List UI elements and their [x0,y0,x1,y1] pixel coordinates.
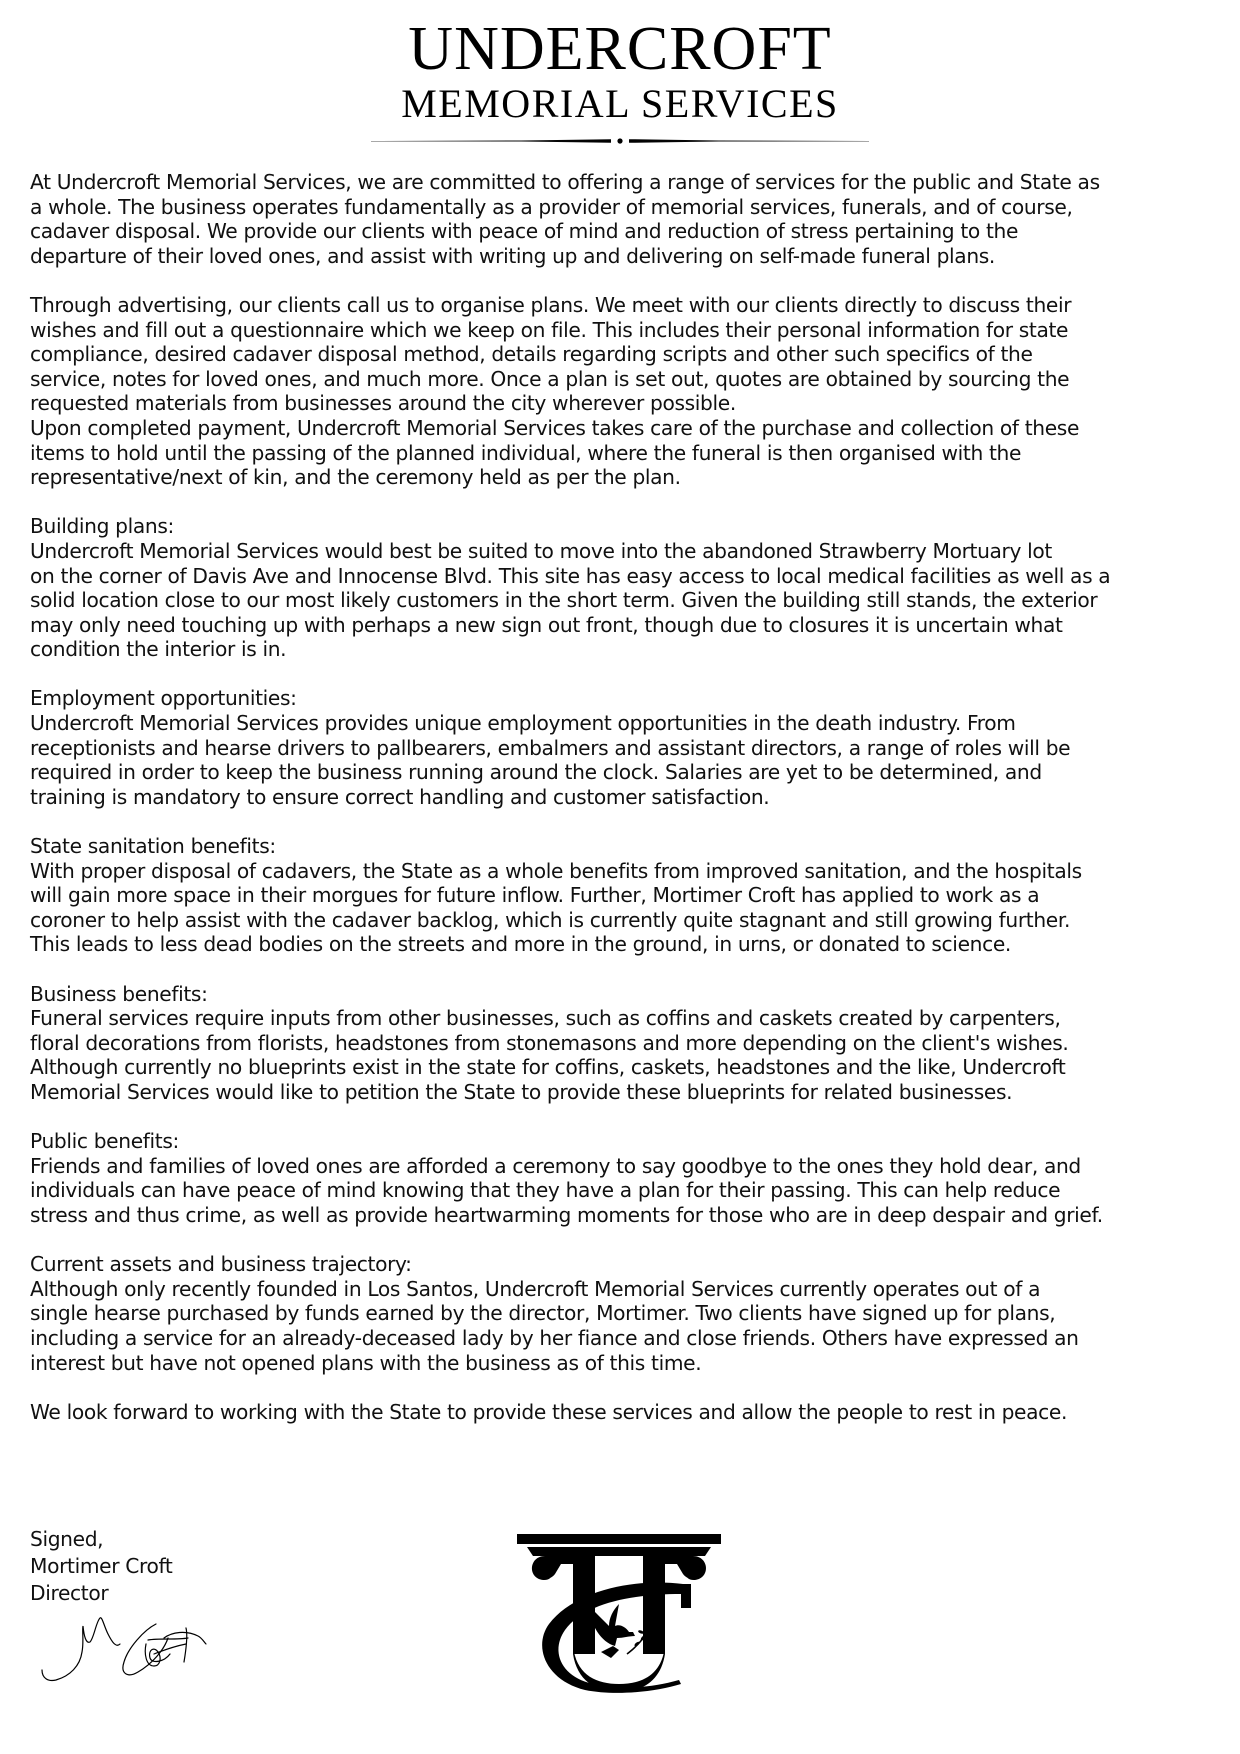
process-paragraph: Through advertising, our clients call us… [30,293,1220,416]
payment-paragraph: Upon completed payment, Undercroft Memor… [30,416,1220,490]
section-heading: Business benefits: [30,982,1220,1007]
section-heading: State sanitation benefits: [30,834,1220,859]
letterhead: UNDERCROFT MEMORIAL SERVICES [0,18,1240,126]
section-current-assets: Current assets and business trajectory: … [30,1252,1220,1375]
document-page: UNDERCROFT MEMORIAL SERVICES At Undercro… [0,0,1240,1754]
company-name: UNDERCROFT [0,18,1240,80]
section-heading: Public benefits: [30,1129,1220,1154]
company-subtitle: MEMORIAL SERVICES [0,82,1240,126]
handwritten-signature-icon [36,1614,216,1694]
section-public-benefits: Public benefits: Friends and families of… [30,1129,1220,1227]
section-heading: Employment opportunities: [30,686,1220,711]
section-heading: Building plans: [30,514,1220,539]
signer-name: Mortimer Croft [30,1553,172,1580]
signoff-block: Signed, Mortimer Croft Director [30,1526,172,1607]
signer-role: Director [30,1580,172,1607]
uc-monogram-dove-logo-icon [515,1534,725,1694]
section-text: Friends and families of loved ones are a… [30,1154,1220,1228]
section-business-benefits: Business benefits: Funeral services requ… [30,982,1220,1105]
signoff-line: Signed, [30,1526,172,1553]
section-text: Funeral services require inputs from oth… [30,1006,1220,1104]
intro-paragraph: At Undercroft Memorial Services, we are … [30,170,1220,268]
ornamental-divider-icon [371,138,869,144]
section-text: Although only recently founded in Los Sa… [30,1277,1220,1375]
section-text: Undercroft Memorial Services would best … [30,539,1220,662]
section-building-plans: Building plans: Undercroft Memorial Serv… [30,514,1220,662]
section-text: Undercroft Memorial Services provides un… [30,711,1220,809]
letter-body: At Undercroft Memorial Services, we are … [30,170,1220,1449]
section-text: With proper disposal of cadavers, the St… [30,859,1220,957]
section-state-sanitation-benefits: State sanitation benefits: With proper d… [30,834,1220,957]
section-employment-opportunities: Employment opportunities: Undercroft Mem… [30,686,1220,809]
section-heading: Current assets and business trajectory: [30,1252,1220,1277]
closing-paragraph: We look forward to working with the Stat… [30,1400,1220,1425]
